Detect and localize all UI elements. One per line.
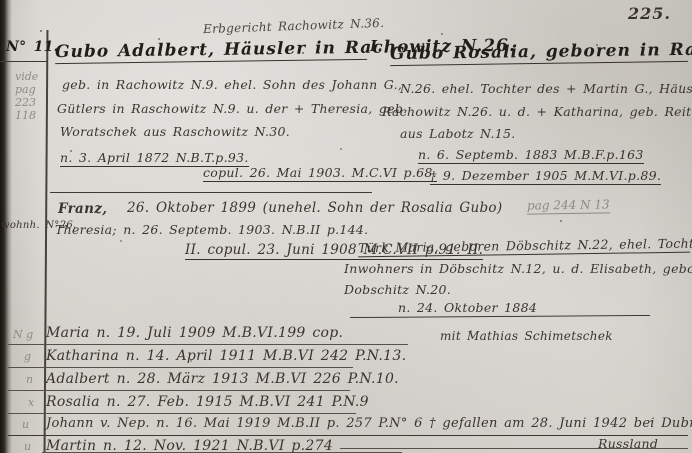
child-margin-mark: x (28, 396, 34, 409)
child-johann-russland-note: Russland (598, 436, 658, 451)
husband-name-line: Gubo Adalbert, Häusler in Rachowitz N.26… (55, 38, 367, 64)
vide-note-line: 118 (15, 109, 38, 122)
child-margin-mark: N g (13, 328, 33, 341)
wife1-numeral: I. (370, 37, 383, 55)
child-margin-mark: n (26, 373, 33, 386)
child-maria-marriage-note: mit Mathias Schimetschek (440, 329, 613, 343)
child-theresia-line: Theresia; n. 26. Septemb. 1903. N.B.II p… (55, 222, 368, 237)
wife1-death-line: † 9. Dezember 1905 M.M.VI.p.89. (430, 168, 661, 185)
child-row-rule-2 (8, 367, 353, 368)
wife2-birth-line: n. 24. Oktober 1884 (398, 300, 537, 315)
child-row-maria: Maria n. 19. Juli 1909 M.B.VI.199 cop. (46, 325, 343, 341)
wife1-birth-line: n. 6. Septemb. 1883 M.B.F.p.163 (418, 147, 644, 164)
vide-note-line: vide (15, 70, 38, 83)
child-margin-mark: g (24, 350, 31, 363)
child-margin-mark: u (24, 440, 31, 453)
paper-speckles (40, 30, 42, 32)
child-row-johann: Johann v. Nep. n. 16. Mai 1919 M.B.II p.… (46, 416, 692, 431)
husband-origin-line: geb. in Rachowitz N.9. ehel. Sohn des Jo… (62, 77, 402, 92)
child-franz-detail: 26. Oktober 1899 (unehel. Sohn der Rosal… (127, 200, 502, 216)
entry-number-divider-rule (0, 61, 48, 62)
pencil-page-reference: pag 244 N 13 (527, 197, 610, 214)
child-row-rule-4 (8, 413, 356, 414)
wife2-father-line: Inwohners in Döbschitz N.12, u. d. Elisa… (344, 261, 692, 276)
husband-mother-line: Woratschek aus Raschowitz N.30. (60, 124, 290, 139)
child-franz-name: Franz, (58, 201, 107, 217)
entry-number: N° 11. (6, 39, 59, 55)
vide-note-line: 223 (15, 96, 38, 109)
child-margin-mark: u (22, 418, 29, 431)
husband-father-line: Gütlers in Raschowitz N.9. u. der + Ther… (57, 101, 407, 116)
register-page-scan: 225. Erbgericht Rachowitz N.36. N° 11. v… (0, 0, 692, 453)
wife1-name-line: Gubo Rosalia, geboren in Rachowitz (390, 40, 688, 66)
child-row-rule-1 (8, 344, 408, 345)
wife2-name-line: Türk Maria, geboren Döbschitz N.22, ehel… (358, 236, 690, 258)
header-parish-note: Erbgericht Rachowitz N.36. (203, 16, 385, 36)
wife1-origin-line: N.26. ehel. Tochter des + Martin G., Häu… (400, 81, 692, 96)
child-row-rosalia: Rosalia n. 27. Feb. 1915 M.B.VI 241 P.N.… (46, 394, 369, 410)
page-number: 225. (628, 4, 671, 23)
child-row-adalbert: Adalbert n. 28. März 1913 M.B.VI 226 P.N… (46, 371, 399, 387)
vide-pencil-note: vide pag 223 118 (15, 70, 38, 122)
husband-marriage-line: copul. 26. Mai 1903. M.C.VI p.68. (203, 165, 437, 182)
wife1-from-line: aus Labotz N.15. (400, 126, 516, 141)
child-row-rule-5 (8, 435, 688, 436)
vide-note-line: pag (15, 83, 38, 96)
wife2-from-line: Dobschitz N.20. (344, 282, 451, 297)
child-row-martin: Martin n. 12. Nov. 1921 N.B.VI p.274 (46, 438, 333, 453)
wife1-parents-line: Rachowitz N.26. u. d. + Katharina, geb. … (382, 104, 692, 119)
section-separator-rule (50, 192, 372, 193)
child-row-katharina: Katharina n. 14. April 1911 M.B.VI 242 P… (46, 348, 406, 364)
child-row-rule-3 (8, 390, 350, 391)
birth2-underline-rule (350, 315, 650, 318)
